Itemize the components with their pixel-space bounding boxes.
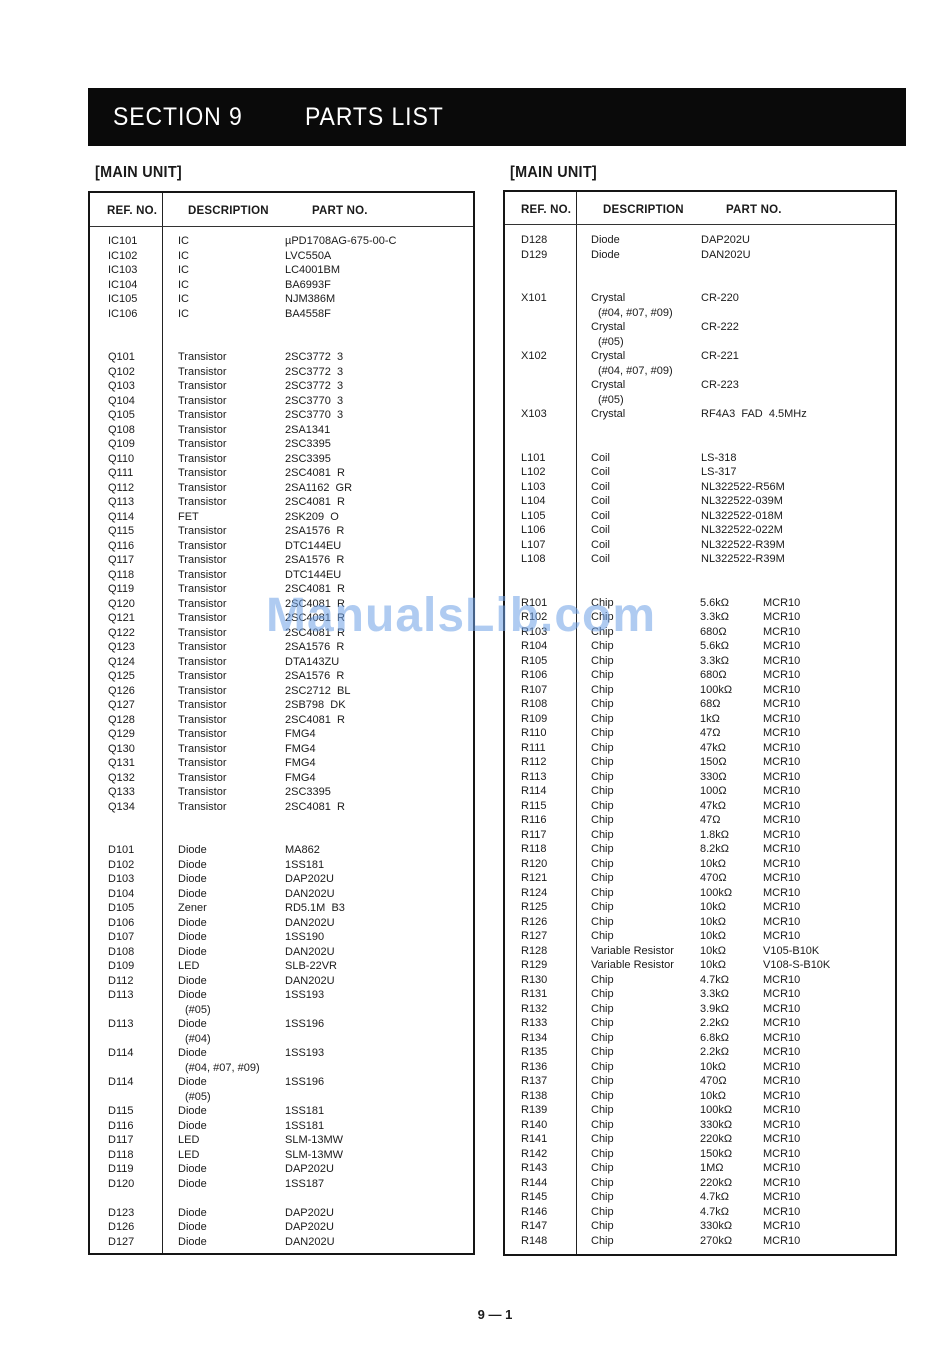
table-row: D123DiodeDAP202U: [90, 1206, 473, 1220]
ref-no: D118: [108, 1148, 133, 1162]
ref-no: D114: [108, 1046, 133, 1060]
table-row: Q131TransistorFMG4: [90, 756, 473, 770]
ref-no: D107: [108, 930, 134, 944]
part-no: CR-221: [701, 349, 739, 363]
description: Coil: [591, 480, 610, 494]
part-no: MCR10: [763, 1089, 800, 1103]
ref-no: Q109: [108, 437, 135, 451]
table-row: R139Chip100kΩMCR10: [505, 1103, 895, 1117]
resistance-value: 3.3kΩ: [700, 987, 729, 1001]
description: Variable Resistor: [591, 958, 674, 972]
table-row: R116Chip47ΩMCR10: [505, 813, 895, 827]
description: Transistor: [178, 437, 227, 451]
part-no: 2SA1576 R: [285, 524, 344, 538]
table-row: L106CoilNL322522-022M: [505, 523, 895, 537]
description: Chip: [591, 799, 614, 813]
part-no: NL322522-018M: [701, 509, 783, 523]
part-no: MCR10: [763, 755, 800, 769]
part-no: DTA143ZU: [285, 655, 339, 669]
table-row: R110Chip47ΩMCR10: [505, 726, 895, 740]
resistance-value: 10kΩ: [700, 900, 726, 914]
variant-note: (#05): [598, 335, 624, 349]
ref-no: Q123: [108, 640, 135, 654]
part-no: FMG4: [285, 756, 316, 770]
part-no: MCR10: [763, 886, 800, 900]
part-no: CR-223: [701, 378, 739, 392]
table-row: D115Diode1SS181: [90, 1104, 473, 1118]
table-row: R147Chip330kΩMCR10: [505, 1219, 895, 1233]
part-no: LC4001BM: [285, 263, 340, 277]
description: Diode: [178, 1162, 207, 1176]
ref-no: D102: [108, 858, 134, 872]
ref-no: R112: [521, 755, 546, 769]
table-row: Q111Transistor2SC4081 R: [90, 466, 473, 480]
table-row: Q134Transistor2SC4081 R: [90, 800, 473, 814]
resistance-value: 10kΩ: [700, 857, 726, 871]
part-no: 2SC3395: [285, 785, 331, 799]
ref-no: X102: [521, 349, 547, 363]
part-no: MCR10: [763, 1103, 800, 1117]
part-no: MCR10: [763, 1219, 800, 1233]
description: Chip: [591, 900, 614, 914]
part-no: 1SS190: [285, 930, 324, 944]
ref-no: Q113: [108, 495, 134, 509]
table-row: D129DiodeDAN202U: [505, 248, 895, 262]
ref-no: Q102: [108, 365, 135, 379]
description: Chip: [591, 755, 614, 769]
header-divider: [505, 224, 895, 225]
ref-no: D106: [108, 916, 134, 930]
part-no: MCR10: [763, 857, 800, 871]
table-row: R141Chip220kΩMCR10: [505, 1132, 895, 1146]
ref-no: D108: [108, 945, 134, 959]
description: Coil: [591, 451, 610, 465]
ref-no: Q104: [108, 394, 135, 408]
table-row: R142Chip150kΩMCR10: [505, 1147, 895, 1161]
table-row: Q118TransistorDTC144EU: [90, 568, 473, 582]
description: Diode: [178, 1017, 207, 1031]
resistance-value: 3.3kΩ: [700, 610, 729, 624]
ref-no: R132: [521, 1002, 547, 1016]
ref-no: Q105: [108, 408, 135, 422]
description: Transistor: [178, 684, 227, 698]
part-no: RD5.1M B3: [285, 901, 345, 915]
part-no: 2SC3770 3: [285, 408, 343, 422]
table-row: D118LEDSLM-13MW: [90, 1148, 473, 1162]
description: Zener: [178, 901, 207, 915]
description: Chip: [591, 697, 614, 711]
part-no: MCR10: [763, 712, 800, 726]
resistance-value: 220kΩ: [700, 1176, 732, 1190]
description: Crystal: [591, 349, 625, 363]
resistance-value: 1kΩ: [700, 712, 720, 726]
part-no: MCR10: [763, 726, 800, 740]
description: Transistor: [178, 553, 227, 567]
table-row: D114Diode1SS196: [90, 1075, 473, 1089]
description: Coil: [591, 538, 610, 552]
ref-no: R146: [521, 1205, 547, 1219]
part-no: MCR10: [763, 1002, 800, 1016]
table-row: Q124TransistorDTA143ZU: [90, 655, 473, 669]
ref-no: R118: [521, 842, 546, 856]
part-no: DAP202U: [285, 1220, 334, 1234]
ref-no: Q120: [108, 597, 135, 611]
description: Diode: [178, 974, 207, 988]
table-row: R101Chip5.6kΩMCR10: [505, 596, 895, 610]
variant-note: (#05): [598, 393, 624, 407]
table-row: Q103Transistor2SC3772 3: [90, 379, 473, 393]
part-no: BA6993F: [285, 278, 331, 292]
description: Chip: [591, 770, 614, 784]
part-no: 1SS193: [285, 1046, 324, 1060]
part-no: 2SK209 O: [285, 510, 339, 524]
table-row-blank: [90, 814, 473, 828]
resistance-value: 150Ω: [700, 755, 727, 769]
description: Crystal: [591, 291, 625, 305]
description: Chip: [591, 857, 614, 871]
part-no: MCR10: [763, 813, 800, 827]
description: Transistor: [178, 423, 227, 437]
resistance-value: 1MΩ: [700, 1161, 724, 1175]
table-row-note: (#05): [505, 393, 895, 407]
resistance-value: 330kΩ: [700, 1118, 732, 1132]
part-no: 2SC4081 R: [285, 800, 345, 814]
description: IC: [178, 292, 189, 306]
left-unit-title: [MAIN UNIT]: [95, 164, 182, 182]
table-row: Q115Transistor2SA1576 R: [90, 524, 473, 538]
page-number: 9 — 1: [0, 1307, 950, 1322]
ref-no: R109: [521, 712, 547, 726]
table-row: R148Chip270kΩMCR10: [505, 1234, 895, 1248]
table-row: R144Chip220kΩMCR10: [505, 1176, 895, 1190]
resistance-value: 3.9kΩ: [700, 1002, 729, 1016]
ref-no: D109: [108, 959, 134, 973]
ref-no: Q126: [108, 684, 135, 698]
table-row: Q102Transistor2SC3772 3: [90, 365, 473, 379]
description: Chip: [591, 712, 614, 726]
table-row: D105ZenerRD5.1M B3: [90, 901, 473, 915]
table-row: Q113Transistor2SC4081 R: [90, 495, 473, 509]
variant-note: (#05): [185, 1003, 211, 1017]
description: Transistor: [178, 611, 227, 625]
description: Chip: [591, 1205, 614, 1219]
table-row: R125Chip10kΩMCR10: [505, 900, 895, 914]
table-row: IC106ICBA4558F: [90, 307, 473, 321]
part-no: MCR10: [763, 683, 800, 697]
part-no: MCR10: [763, 1045, 800, 1059]
table-row: IC101ICµPD1708AG-675-00-C: [90, 234, 473, 248]
description: Chip: [591, 654, 614, 668]
ref-no: Q127: [108, 698, 135, 712]
ref-no: Q111: [108, 466, 133, 480]
ref-no: D119: [108, 1162, 133, 1176]
part-no: NL322522-R56M: [701, 480, 785, 494]
description: Chip: [591, 929, 614, 943]
table-row-blank: [505, 581, 895, 595]
table-row-blank: [90, 1191, 473, 1205]
ref-no: Q121: [108, 611, 135, 625]
table-row: Q114FET2SK209 O: [90, 510, 473, 524]
description: Transistor: [178, 379, 227, 393]
resistance-value: 100kΩ: [700, 886, 732, 900]
description: Chip: [591, 1161, 614, 1175]
table-row: X102CrystalCR-221: [505, 349, 895, 363]
ref-no: Q133: [108, 785, 135, 799]
table-row: L107CoilNL322522-R39M: [505, 538, 895, 552]
resistance-value: 3.3kΩ: [700, 654, 729, 668]
table-row-blank: [90, 321, 473, 335]
description: Chip: [591, 1045, 614, 1059]
part-no: MCR10: [763, 1031, 800, 1045]
resistance-value: 47kΩ: [700, 741, 726, 755]
resistance-value: 47Ω: [700, 726, 720, 740]
description: IC: [178, 307, 189, 321]
ref-no: D112: [108, 974, 133, 988]
description: Chip: [591, 1118, 614, 1132]
part-no: MCR10: [763, 871, 800, 885]
description: Chip: [591, 1103, 614, 1117]
header-divider: [90, 226, 473, 227]
ref-no: R136: [521, 1060, 547, 1074]
part-no: 2SC3395: [285, 437, 331, 451]
ref-no: D123: [108, 1206, 134, 1220]
description: Coil: [591, 552, 610, 566]
ref-no: Q130: [108, 742, 135, 756]
table-row: Q120Transistor2SC4081 R: [90, 597, 473, 611]
part-no: 2SC3770 3: [285, 394, 343, 408]
ref-no: Q117: [108, 553, 134, 567]
table-row-note: (#05): [505, 335, 895, 349]
ref-no: L106: [521, 523, 545, 537]
part-no: V108-S-B10K: [763, 958, 830, 972]
ref-no: Q112: [108, 481, 134, 495]
description: Transistor: [178, 742, 227, 756]
table-row: D117LEDSLM-13MW: [90, 1133, 473, 1147]
table-row: Q126Transistor2SC2712 BL: [90, 684, 473, 698]
description: Coil: [591, 494, 610, 508]
part-no: MCR10: [763, 741, 800, 755]
ref-no: Q134: [108, 800, 135, 814]
table-row: D102Diode1SS181: [90, 858, 473, 872]
part-no: 2SC3772 3: [285, 365, 343, 379]
resistance-value: 470Ω: [700, 1074, 727, 1088]
section-number: SECTION 9: [113, 103, 243, 132]
ref-no: L105: [521, 509, 545, 523]
part-no: 1SS181: [285, 858, 324, 872]
description: Diode: [178, 1075, 207, 1089]
ref-no: R133: [521, 1016, 547, 1030]
table-row: R134Chip6.8kΩMCR10: [505, 1031, 895, 1045]
part-no: DAP202U: [701, 233, 750, 247]
description: Diode: [178, 1119, 207, 1133]
table-row: IC102ICLVC550A: [90, 249, 473, 263]
ref-no: IC105: [108, 292, 137, 306]
part-no: 2SB798 DK: [285, 698, 346, 712]
part-no: MCR10: [763, 596, 800, 610]
variant-note: (#04, #07, #09): [598, 306, 673, 320]
table-row: R115Chip47kΩMCR10: [505, 799, 895, 813]
part-no: NJM386M: [285, 292, 335, 306]
table-row: R107Chip100kΩMCR10: [505, 683, 895, 697]
ref-no: R143: [521, 1161, 547, 1175]
table-row: CrystalCR-223: [505, 378, 895, 392]
table-row: D103DiodeDAP202U: [90, 872, 473, 886]
ref-no: R131: [521, 987, 547, 1001]
parts-table-left: REF. NO. DESCRIPTION PART NO. IC101ICµPD…: [88, 191, 475, 1255]
table-row: Q101Transistor2SC3772 3: [90, 350, 473, 364]
table-row: Q119Transistor2SC4081 R: [90, 582, 473, 596]
table-row: Q105Transistor2SC3770 3: [90, 408, 473, 422]
resistance-value: 1.8kΩ: [700, 828, 729, 842]
table-row: Q104Transistor2SC3770 3: [90, 394, 473, 408]
description: Diode: [178, 1104, 207, 1118]
table-row: R140Chip330kΩMCR10: [505, 1118, 895, 1132]
part-no: MCR10: [763, 900, 800, 914]
table-row-blank: [505, 567, 895, 581]
description: Chip: [591, 987, 614, 1001]
description: LED: [178, 1148, 199, 1162]
ref-no: D113: [108, 1017, 133, 1031]
ref-no: X101: [521, 291, 547, 305]
ref-no: D105: [108, 901, 134, 915]
description: LED: [178, 959, 199, 973]
part-no: MCR10: [763, 842, 800, 856]
part-no: 2SA1162 GR: [285, 481, 352, 495]
part-no: 2SC2712 BL: [285, 684, 350, 698]
description: Diode: [178, 1235, 207, 1249]
ref-no: R148: [521, 1234, 547, 1248]
table-row: R127Chip10kΩMCR10: [505, 929, 895, 943]
table-row: Q129TransistorFMG4: [90, 727, 473, 741]
ref-no: D101: [108, 843, 134, 857]
part-no: DAN202U: [701, 248, 751, 262]
ref-no: D113: [108, 988, 133, 1002]
resistance-value: 680Ω: [700, 625, 727, 639]
ref-no: Q119: [108, 582, 134, 596]
resistance-value: 10kΩ: [700, 944, 726, 958]
table-row: D106DiodeDAN202U: [90, 916, 473, 930]
table-row: R137Chip470ΩMCR10: [505, 1074, 895, 1088]
table-row: R143Chip1MΩMCR10: [505, 1161, 895, 1175]
ref-no: R117: [521, 828, 546, 842]
part-no: DAN202U: [285, 887, 335, 901]
resistance-value: 10kΩ: [700, 1060, 726, 1074]
description: Chip: [591, 784, 614, 798]
description: Transistor: [178, 495, 227, 509]
part-no: 2SC3772 3: [285, 350, 343, 364]
table-row: Q122Transistor2SC4081 R: [90, 626, 473, 640]
description: Transistor: [178, 539, 227, 553]
ref-no: Q131: [108, 756, 135, 770]
part-no: MCR10: [763, 1060, 800, 1074]
table-row: R118Chip8.2kΩMCR10: [505, 842, 895, 856]
description: Diode: [591, 248, 620, 262]
table-row: D119DiodeDAP202U: [90, 1162, 473, 1176]
table-row: R105Chip3.3kΩMCR10: [505, 654, 895, 668]
ref-no: L104: [521, 494, 545, 508]
description: Chip: [591, 973, 614, 987]
resistance-value: 10kΩ: [700, 1089, 726, 1103]
description: Chip: [591, 726, 614, 740]
table-row: L108CoilNL322522-R39M: [505, 552, 895, 566]
description: Variable Resistor: [591, 944, 674, 958]
table-row: R131Chip3.3kΩMCR10: [505, 987, 895, 1001]
part-no: V105-B10K: [763, 944, 819, 958]
description: Diode: [178, 887, 207, 901]
resistance-value: 8.2kΩ: [700, 842, 729, 856]
description: Coil: [591, 509, 610, 523]
part-no: FMG4: [285, 771, 316, 785]
ref-no: Q128: [108, 713, 135, 727]
table-row: D113Diode1SS196: [90, 1017, 473, 1031]
description: IC: [178, 278, 189, 292]
part-no: NL322522-R39M: [701, 538, 785, 552]
part-no: DAP202U: [285, 872, 334, 886]
ref-no: R139: [521, 1103, 547, 1117]
table-row: Q133Transistor2SC3395: [90, 785, 473, 799]
ref-no: IC102: [108, 249, 137, 263]
variant-note: (#04, #07, #09): [185, 1061, 260, 1075]
ref-no: R121: [521, 871, 547, 885]
part-no: CR-222: [701, 320, 739, 334]
description: Transistor: [178, 452, 227, 466]
table-row: D113Diode1SS193: [90, 988, 473, 1002]
part-no: MCR10: [763, 1147, 800, 1161]
ref-no: D114: [108, 1075, 133, 1089]
description: Diode: [178, 1177, 207, 1191]
description: Chip: [591, 1002, 614, 1016]
table-row: D109LEDSLB-22VR: [90, 959, 473, 973]
ref-no: R124: [521, 886, 547, 900]
ref-no: L108: [521, 552, 545, 566]
ref-no: D115: [108, 1104, 133, 1118]
part-no: MCR10: [763, 654, 800, 668]
ref-no: IC104: [108, 278, 137, 292]
header-part-no: PART NO.: [312, 205, 368, 217]
part-no: 2SC4081 R: [285, 466, 345, 480]
part-no: MCR10: [763, 1176, 800, 1190]
description: FET: [178, 510, 199, 524]
description: Chip: [591, 596, 614, 610]
description: Transistor: [178, 466, 227, 480]
part-no: DAN202U: [285, 974, 335, 988]
ref-no: L101: [521, 451, 545, 465]
ref-no: D126: [108, 1220, 134, 1234]
part-no: MCR10: [763, 1074, 800, 1088]
ref-no: R130: [521, 973, 547, 987]
resistance-value: 4.7kΩ: [700, 1205, 729, 1219]
ref-no: D116: [108, 1119, 133, 1133]
ref-no: R134: [521, 1031, 547, 1045]
description: Chip: [591, 1190, 614, 1204]
part-no: MCR10: [763, 1118, 800, 1132]
table-row: D108DiodeDAN202U: [90, 945, 473, 959]
resistance-value: 47kΩ: [700, 799, 726, 813]
resistance-value: 10kΩ: [700, 958, 726, 972]
ref-no: D127: [108, 1235, 134, 1249]
description: Crystal: [591, 407, 625, 421]
table-row-blank: [505, 436, 895, 450]
ref-no: R141: [521, 1132, 547, 1146]
table-row: D116Diode1SS181: [90, 1119, 473, 1133]
table-row: R102Chip3.3kΩMCR10: [505, 610, 895, 624]
part-no: 1SS196: [285, 1017, 324, 1031]
part-no: SLM-13MW: [285, 1148, 343, 1162]
table-row-blank: [505, 277, 895, 291]
ref-no: D104: [108, 887, 134, 901]
table-row: Q123Transistor2SA1576 R: [90, 640, 473, 654]
ref-no: R127: [521, 929, 547, 943]
